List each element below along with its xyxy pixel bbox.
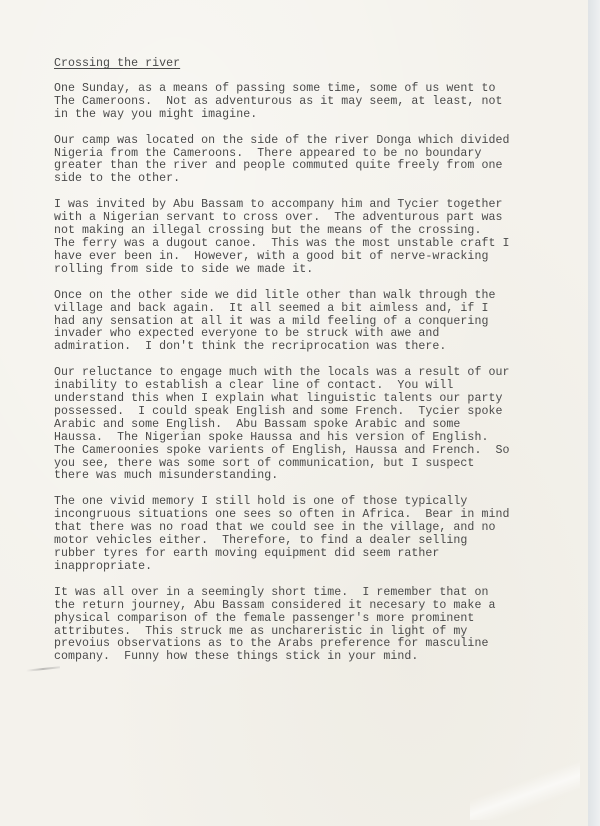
typed-document: Crossing the river One Sunday, as a mean…: [54, 58, 574, 677]
document-title: Crossing the river: [54, 58, 574, 71]
paper-page: Crossing the river One Sunday, as a mean…: [0, 0, 588, 826]
paragraph-languages: Our reluctance to engage much with the l…: [54, 367, 574, 483]
paragraph-return-journey: It was all over in a seemingly short tim…: [54, 587, 574, 664]
paragraph-vivid-memory: The one vivid memory I still hold is one…: [54, 496, 574, 573]
scan-edge: [588, 0, 600, 826]
paragraph-camp-location: Our camp was located on the side of the …: [54, 135, 574, 187]
paper-crease: [470, 760, 580, 820]
paragraph-village-walk: Once on the other side we did litle othe…: [54, 290, 574, 355]
paragraph-canoe-crossing: I was invited by Abu Bassam to accompany…: [54, 199, 574, 276]
paragraph-sunday-trip: One Sunday, as a means of passing some t…: [54, 83, 574, 122]
